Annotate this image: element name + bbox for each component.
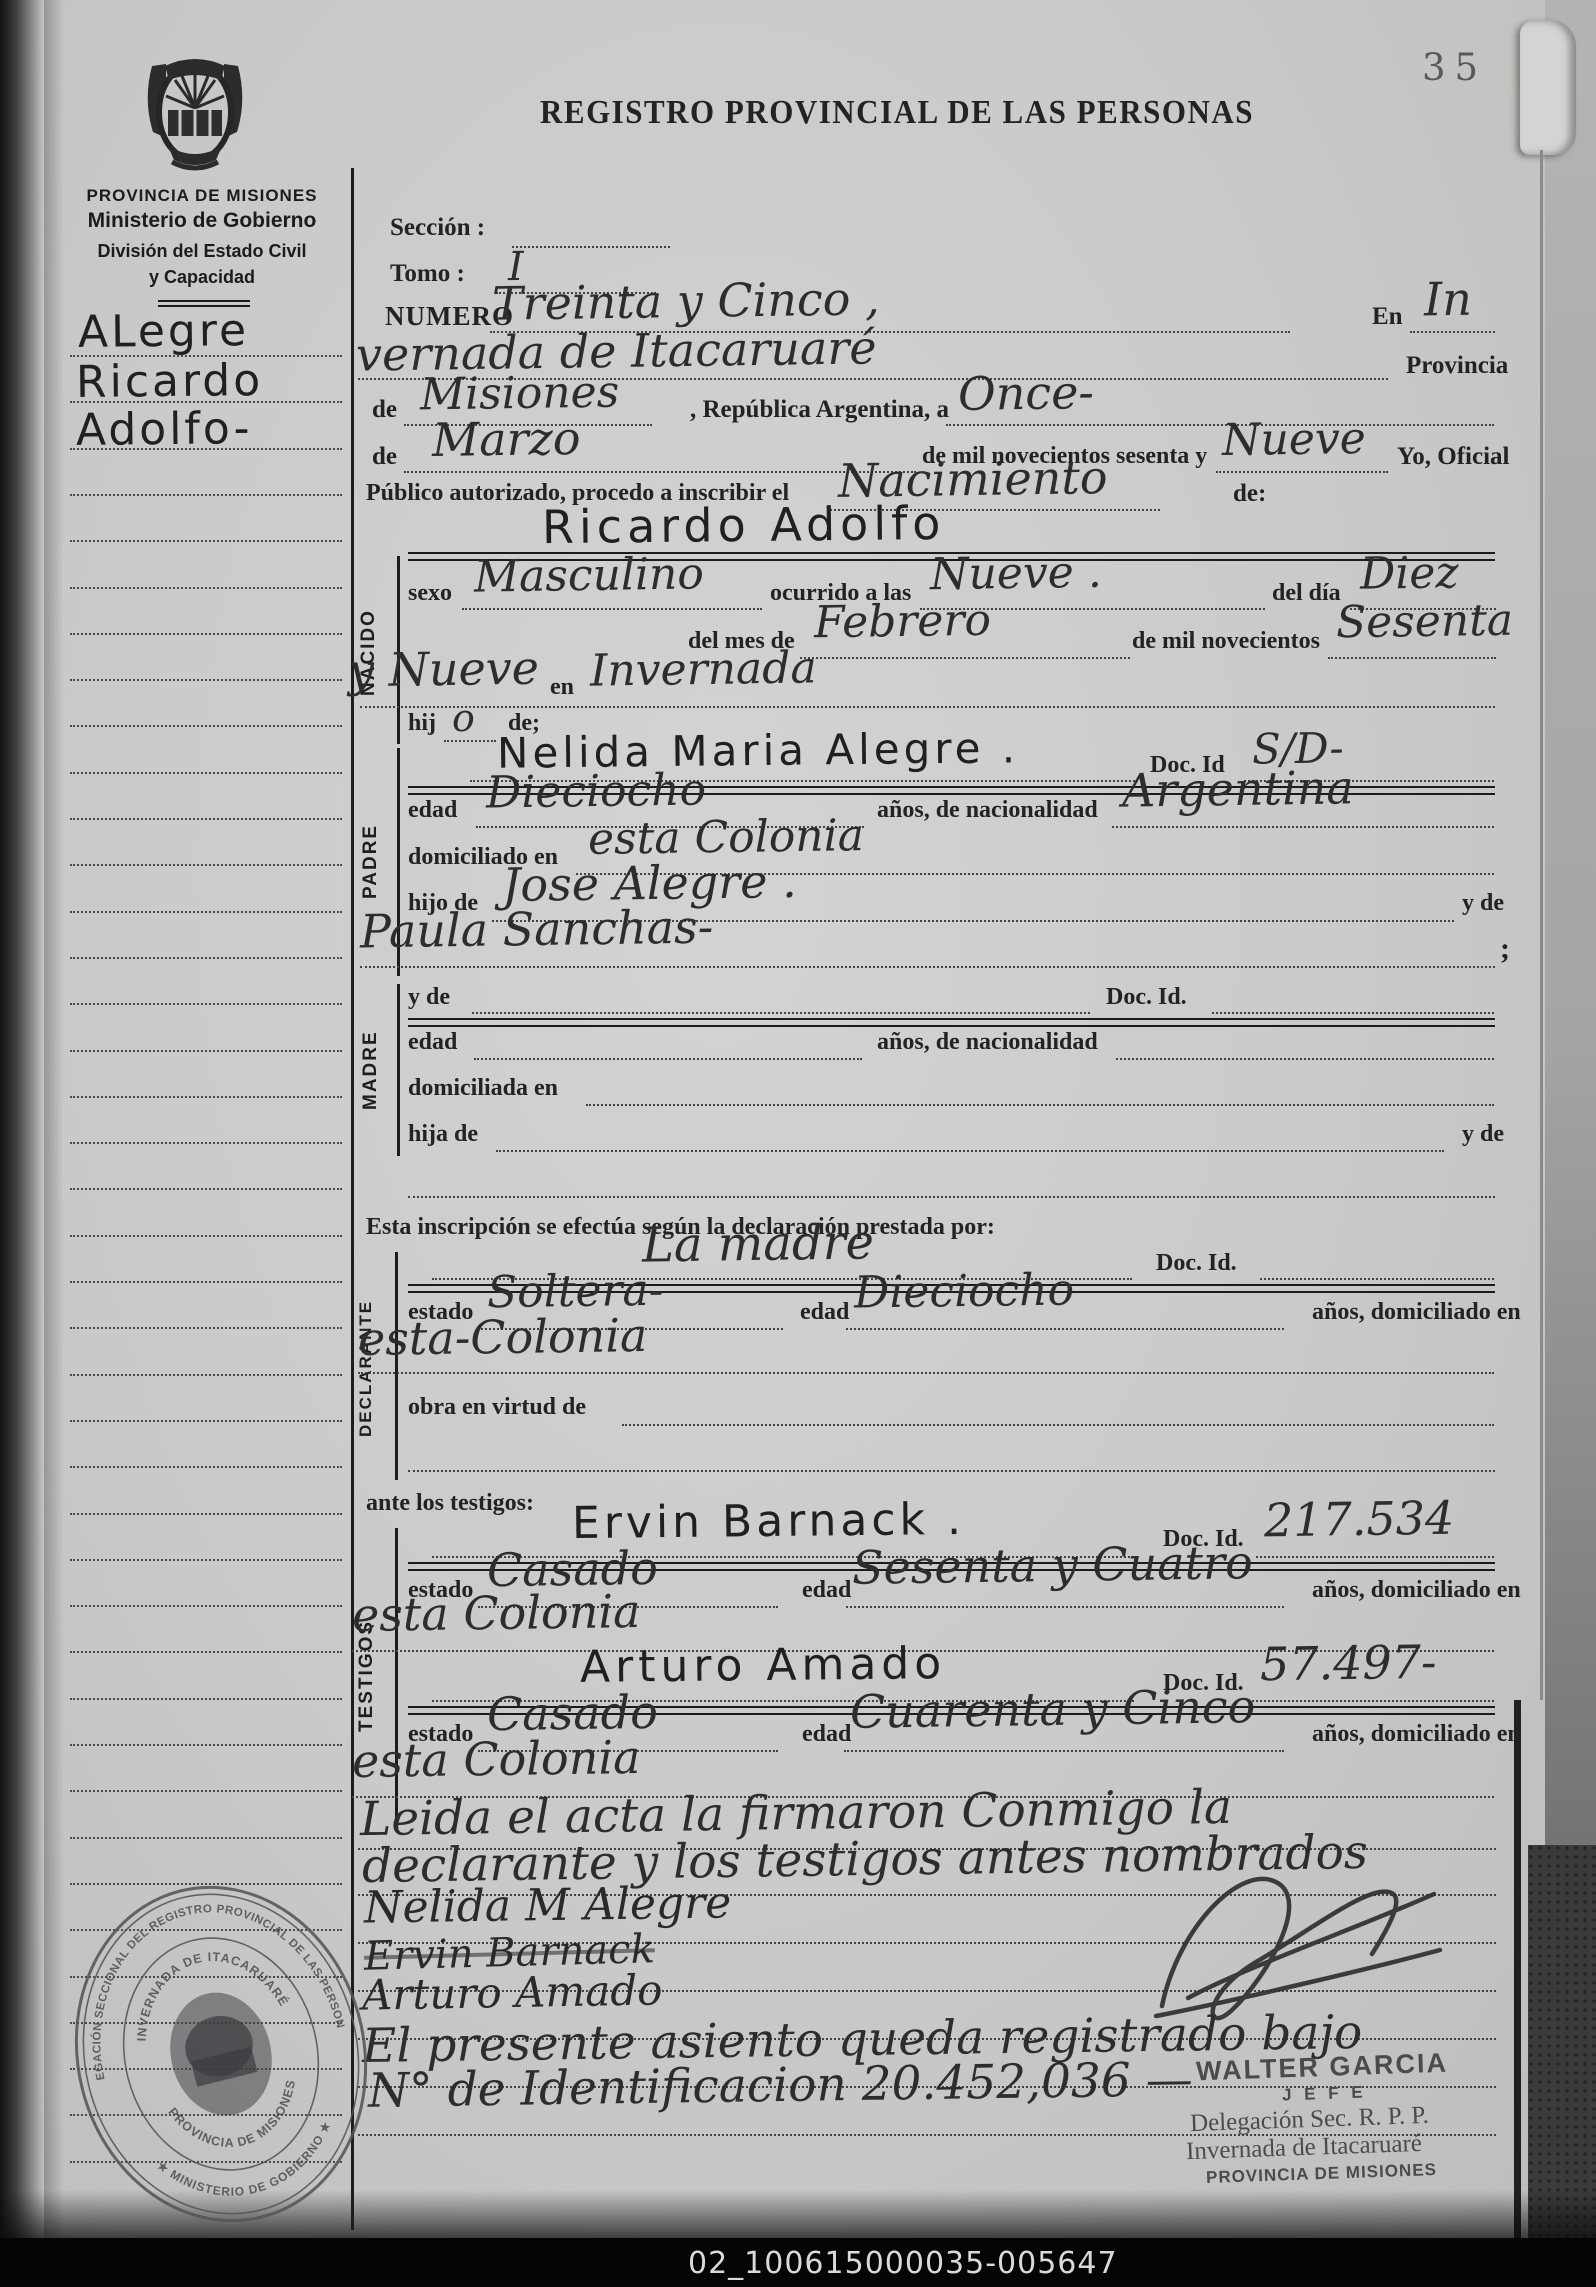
page-title: REGISTRO PROVINCIAL DE LAS PERSONAS xyxy=(540,93,1240,132)
declarante-extra-line xyxy=(408,1470,1495,1472)
nacido-nombre-value: Ricardo Adolfo xyxy=(542,496,946,554)
margin-ruled-line xyxy=(70,1050,342,1052)
margin-ruled-line xyxy=(70,1513,342,1515)
madre-hija-label: hija de xyxy=(408,1121,478,1148)
testigo1-edad-line xyxy=(846,1606,1284,1608)
margin-ruled-line xyxy=(70,1281,342,1283)
anionac-line xyxy=(1328,657,1496,659)
seccion-label: Sección : xyxy=(390,214,485,242)
declarante-doc-line xyxy=(1260,1278,1494,1280)
madre-hija-line xyxy=(496,1150,1444,1152)
testigo2-edad-label: edad xyxy=(802,1721,851,1748)
dia-value: Once- xyxy=(958,365,1095,421)
declarante-dom-value: esta-Colonia xyxy=(358,1308,648,1366)
padre-pc-label: ; xyxy=(1500,932,1510,966)
declarante-edad-line xyxy=(846,1328,1284,1330)
madre-doc-line xyxy=(1212,1012,1494,1014)
page-edge-dark-bottom-right xyxy=(1514,1700,1521,2240)
page-edge-line-right xyxy=(1540,150,1543,1700)
declarante-section-label: DECLARANTE xyxy=(356,1282,376,1454)
anionac-value2: y Nueve xyxy=(348,641,540,698)
ante-testigos-label: ante los testigos: xyxy=(366,1490,534,1517)
margin-ruled-line xyxy=(70,1420,342,1422)
tomo-label: Tomo : xyxy=(390,260,465,288)
letterhead-line4: y Capacidad xyxy=(56,267,348,288)
lugarnac-value: Invernada xyxy=(590,642,817,696)
margin-ruled-line xyxy=(70,911,342,913)
cierre-line4: N° de Identificacion 20.452,036 — xyxy=(368,2052,1193,2119)
republica-label: , República Argentina, a xyxy=(690,396,949,424)
letterhead-line3: División del Estado Civil xyxy=(56,241,348,262)
testigo2-dom-value: esta Colonia xyxy=(352,1730,641,1788)
margin-ruled-line xyxy=(70,1374,342,1376)
official-signature-flourish xyxy=(1128,1858,1458,2053)
hij-line xyxy=(444,740,496,742)
declarante-dom-line xyxy=(358,1372,1494,1374)
testigo2-doc-line xyxy=(1252,1700,1494,1702)
margin-ruled-line xyxy=(70,633,342,635)
madre-nac-label: años, de nacionalidad xyxy=(877,1029,1098,1056)
declarante-doc-label: Doc. Id. xyxy=(1156,1250,1237,1277)
margin-ruled-line xyxy=(70,1096,342,1098)
margin-ruled-line xyxy=(70,1142,342,1144)
margin-ruled-line xyxy=(70,679,342,681)
testigo1-dom-value: esta Colonia xyxy=(352,1584,641,1642)
firma-declarante: Nelida M Alegre xyxy=(364,1877,732,1933)
margin-ruled-line xyxy=(70,957,342,959)
obra-line xyxy=(622,1424,1494,1426)
page-curl-top-right xyxy=(1520,20,1576,155)
margin-ruled-line xyxy=(70,1651,342,1653)
madre-extra-line xyxy=(408,1196,1495,1198)
testigo1-dom-label: años, domiciliado en xyxy=(1312,1577,1521,1604)
letterhead-line1: PROVINCIA DE MISIONES xyxy=(56,186,348,206)
letterhead-line2: Ministerio de Gobierno xyxy=(56,209,348,233)
margin-ruled-line xyxy=(70,1188,342,1190)
testigo2-edad-value: Cuarenta y Cinco xyxy=(850,1679,1256,1739)
scanned-birth-record-page: 02_100615000035-005647 PROVINCIA DE MISI… xyxy=(0,0,1596,2287)
margin-ruled-line xyxy=(70,864,342,866)
de3-label: de: xyxy=(1233,480,1266,508)
margin-ruled-line xyxy=(70,1235,342,1237)
obra-label: obra en virtud de xyxy=(408,1394,586,1421)
padre-section-label: PADRE xyxy=(360,806,382,916)
testigo2-doc-value: 57.497- xyxy=(1260,1635,1437,1691)
madre-rule xyxy=(408,1018,1495,1027)
margin-ruled-line xyxy=(70,1605,342,1607)
dia-line xyxy=(946,424,1494,426)
testigo1-doc-value: 217.534 xyxy=(1264,1491,1455,1548)
padre-nac-label: años, de nacionalidad xyxy=(877,797,1098,824)
anio-line xyxy=(1216,471,1388,473)
madre-yde2-label: y de xyxy=(1462,1121,1504,1148)
testigo1-edad-label: edad xyxy=(802,1577,851,1604)
margin-ruled-line xyxy=(70,494,342,496)
coat-of-arms-emblem xyxy=(142,50,248,178)
declarante-quien-value: La madre xyxy=(642,1214,875,1273)
sexo-label: sexo xyxy=(408,580,452,607)
margin-ruled-line xyxy=(70,540,342,542)
madre-dom-label: domiciliada en xyxy=(408,1075,558,1102)
ennac-label: en xyxy=(550,674,574,701)
scan-footer-code: 02_100615000035-005647 xyxy=(688,2246,1118,2281)
hora-value: Nueve . xyxy=(930,547,1102,600)
margin-name-line1: ALegre xyxy=(78,305,250,358)
firma-testigo2: Arturo Amado xyxy=(362,1965,663,2019)
mesnac-line xyxy=(800,657,1130,659)
margin-name-line3: Adolfo- xyxy=(76,403,253,456)
declarante-bracket xyxy=(395,1252,398,1480)
madre-edad-line xyxy=(474,1058,862,1060)
yo-oficial-label: Yo, Oficial xyxy=(1397,443,1510,471)
madre-dom-line xyxy=(586,1104,1494,1106)
testigo2-edad-line xyxy=(844,1750,1284,1752)
madre-bracket xyxy=(397,984,400,1156)
sexo-value: Masculino xyxy=(474,548,705,602)
de1-label: de xyxy=(372,396,397,424)
mes-value: Marzo xyxy=(432,411,581,467)
margin-ruled-line xyxy=(70,1466,342,1468)
declarante-edad-value: Dieciocho xyxy=(854,1264,1075,1318)
milnac-label: de mil novecientos xyxy=(1132,628,1320,655)
dianac-value: Diez xyxy=(1360,547,1459,599)
testigo1-edad-value: Sesenta y Cuatro xyxy=(852,1535,1253,1595)
deldia-label: del día xyxy=(1272,580,1341,607)
anionac-value1: Sesenta xyxy=(1336,595,1514,648)
margin-ruled-line xyxy=(70,818,342,820)
margin-ruled-line xyxy=(70,1837,342,1839)
margin-name-line2: Ricardo xyxy=(76,355,264,408)
madre-doc-label: Doc. Id. xyxy=(1106,984,1187,1011)
binding-texture-bottom-right xyxy=(1528,1845,1596,2245)
margin-ruled-line xyxy=(70,725,342,727)
seccion-line xyxy=(512,246,670,248)
declarante-dom-label: años, domiciliado en xyxy=(1312,1299,1521,1326)
padre-edad-value: Dieciocho xyxy=(486,764,707,818)
margin-ruled-line xyxy=(70,1003,342,1005)
lugarnac-line xyxy=(360,706,1495,708)
madre-yde-line xyxy=(472,1012,1090,1014)
margin-ruled-line xyxy=(70,587,342,589)
jefe-stamp-cargo: J E F E xyxy=(1282,2083,1367,2106)
madre-edad-label: edad xyxy=(408,1029,457,1056)
margin-ruled-line xyxy=(70,1559,342,1561)
form-left-divider xyxy=(351,168,354,2230)
testigo1-doc-line xyxy=(1256,1556,1494,1558)
page-number: 35 xyxy=(1422,46,1487,89)
hij-value: o xyxy=(452,696,476,740)
madre-nac-line xyxy=(1116,1058,1494,1060)
margin-ruled-line xyxy=(70,1698,342,1700)
margin-ruled-line xyxy=(70,772,342,774)
margin-ruled-line xyxy=(70,1327,342,1329)
padre-nac-line xyxy=(1112,826,1494,828)
padre-madre-line xyxy=(360,966,1495,968)
madre-section-label: MADRE xyxy=(360,1010,382,1130)
margin-ruled-line xyxy=(70,1790,342,1792)
padre-yde-label: y de xyxy=(1462,890,1504,917)
de2-label: de xyxy=(372,443,397,471)
declarante-edad-label: edad xyxy=(800,1299,849,1326)
padre-edad-label: edad xyxy=(408,797,457,824)
padre-nac-value: Argentina xyxy=(1122,760,1354,817)
en-line xyxy=(1410,331,1495,333)
testigo2-dom-label: años, domiciliado en xyxy=(1312,1721,1521,1748)
padre-madre-value: Paula Sanchas- xyxy=(360,900,714,959)
en-label: En xyxy=(1372,303,1403,331)
madre-yde-label: y de xyxy=(408,984,450,1011)
en-value: In xyxy=(1424,272,1473,327)
margin-ruled-line xyxy=(70,1744,342,1746)
provincia-label: Provincia xyxy=(1406,352,1508,380)
anio-value: Nueve xyxy=(1222,413,1366,466)
sexo-line xyxy=(462,608,762,610)
hij-label: hij xyxy=(408,710,436,737)
seal-center-emblem xyxy=(157,1982,284,2127)
mesnac-value: Febrero xyxy=(814,595,992,648)
